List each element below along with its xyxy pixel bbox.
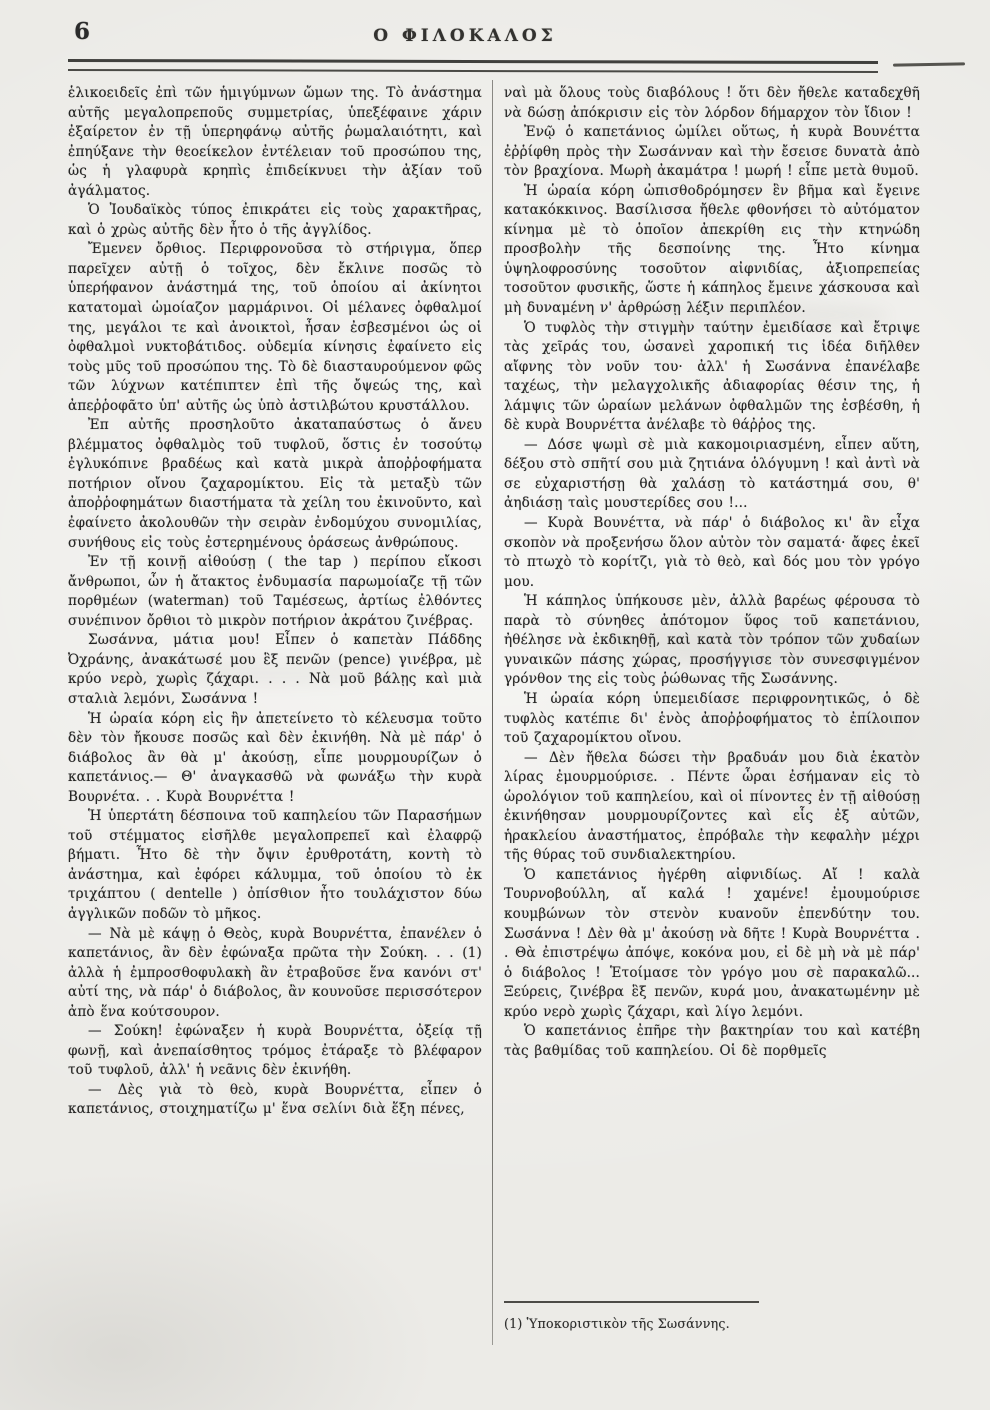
paragraph: — Δὲν ἤθελα δώσει τὴν βραδυάν μου διὰ ἑκ…	[504, 749, 920, 866]
footnote-text: (1) Ὑποκοριστικὸν τῆς Σωσάννης.	[504, 1316, 920, 1331]
left-column: ἑλικοειδεῖς ἐπὶ τῶν ἡμιγύμνων ὤμων της. …	[68, 84, 482, 1120]
paragraph: ἑλικοειδεῖς ἐπὶ τῶν ἡμιγύμνων ὤμων της. …	[68, 84, 482, 201]
paragraph: Ὁ Ἰουδαϊκὸς τύπος ἐπικράτει εἰς τοὺς χαρ…	[68, 201, 482, 240]
footnote-rule	[504, 1301, 759, 1303]
paragraph: Ἐνῷ ὁ καπετάνιος ὡμίλει οὕτως, ἡ κυρὰ Βο…	[504, 123, 920, 182]
paragraph: ναὶ μὰ ὅλους τοὺς διαβόλους ! ὅτι δὲν ἤθ…	[504, 84, 920, 123]
column-divider	[492, 80, 493, 1345]
paragraph: — Κυρὰ Βουνέττα, νὰ πάρ' ὁ διάβολος κι' …	[504, 514, 920, 592]
paragraph: Ἐν τῇ κοινῇ αἰθούσῃ ( the tap ) περίπου …	[68, 553, 482, 631]
scanned-page: 6 Ο ΦΙΛΟΚΑΛΟΣ ἑλικοειδεῖς ἐπὶ τῶν ἡμιγύμ…	[0, 0, 990, 1410]
paragraph: Ἡ ὡραία κόρη εἰς ἣν ἀπετείνετο τὸ κέλευσ…	[68, 710, 482, 808]
right-column: ναὶ μὰ ὅλους τοὺς διαβόλους ! ὅτι δὲν ἤθ…	[504, 84, 920, 1061]
paragraph: Ὁ καπετάνιος ἐπῆρε τὴν βακτηρίαν του καὶ…	[504, 1022, 920, 1061]
paragraph: — Δὲς γιὰ τὸ θεὸ, κυρὰ Βουρνέττα, εἶπεν …	[68, 1081, 482, 1120]
paragraph: Ὁ καπετάνιος ἠγέρθη αἰφνιδίως. Αἴ ! καλὰ…	[504, 866, 920, 1022]
paragraph: — Νὰ μὲ κάψῃ ὁ Θεὸς, κυρὰ Βουρνέττα, ἐπα…	[68, 925, 482, 1023]
paragraph: Ἐπ αὐτῆς προσηλοῦτο ἀκαταπαύστως ὁ ἄνευ …	[68, 416, 482, 553]
paragraph: — Σούκη! ἐφώναξεν ἡ κυρὰ Βουρνέττα, ὀξεί…	[68, 1022, 482, 1081]
masthead-title: Ο ΦΙΛΟΚΑΛΟΣ	[0, 26, 930, 46]
paragraph: — Δόσε ψωμὶ σὲ μιὰ κακομοιριασμένη, εἶπε…	[504, 436, 920, 514]
paragraph: Ἡ ὑπερτάτη δέσποινα τοῦ καπηλείου τῶν Πα…	[68, 807, 482, 924]
paragraph: Ἡ κάπηλος ὑπήκουσε μὲν, ἀλλὰ βαρέως φέρο…	[504, 592, 920, 690]
paragraph: Σωσάννα, μάτια μου! Εἶπεν ὁ καπετὰν Πάδδ…	[68, 631, 482, 709]
paragraph: Ἔμενεν ὄρθιος. Περιφρονοῦσα τὸ στήριγμα,…	[68, 240, 482, 416]
paragraph: Ἡ ὡραία κόρη ὠπισθοδρόμησεν ἓν βῆμα καὶ …	[504, 182, 920, 319]
paragraph: Ἡ ὡραία κόρη ὑπεμειδίασε περιφρονητικῶς,…	[504, 690, 920, 749]
header-rule	[68, 59, 878, 73]
header-rule-dash	[893, 62, 965, 66]
paragraph: Ὁ τυφλὸς τὴν στιγμὴν ταύτην ἐμειδίασε κα…	[504, 319, 920, 436]
